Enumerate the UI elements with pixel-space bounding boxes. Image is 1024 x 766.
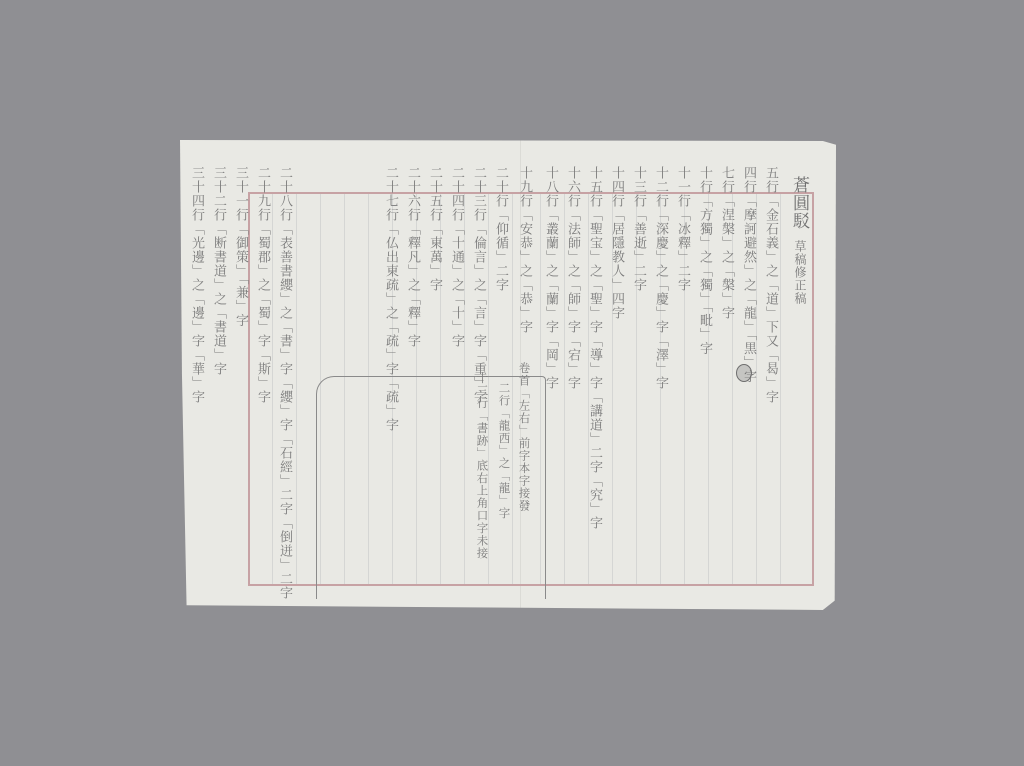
text-column: 三十二行「断書道」之「書道」字 [212, 166, 225, 376]
header-note: 草稿修正稿 [794, 240, 806, 305]
ruled-line [780, 194, 781, 584]
text-column: 二十行「仰循」二字 [494, 166, 507, 292]
text-column: 十四行「居隱教人」四字 [610, 166, 623, 320]
ruled-line [756, 194, 757, 584]
pencil-outline-box [316, 376, 546, 599]
circled-mark-icon [736, 364, 752, 382]
text-column: 二十七行「仏出東疏」之「疏」字「疏」字 [384, 166, 397, 432]
inner-note: 卷首「左右」前字本字接發 [518, 362, 530, 512]
text-column: 五行「金石義」之「道」下又「曷」字 [764, 166, 777, 404]
document-title: 蒼圓駁 [790, 176, 807, 230]
ruled-line [296, 194, 297, 584]
text-column: 三十四行「光邊」之「邊」字「華」字 [190, 166, 203, 404]
text-column: 十六行「法師」之「師」字「宕」字 [566, 166, 579, 390]
inner-note: 二行「龍西」之「龍」字 [498, 382, 510, 520]
text-column: 二十四行「十通」之「十」字 [450, 166, 463, 348]
inner-note: 十三行「書跡」底右上角口字未接 [476, 372, 488, 560]
text-column: 十五行「聖宝」之「聖」字「導」字「講道」二字「究」字 [588, 166, 601, 530]
text-column: 十三行「善逝」二字 [632, 166, 645, 292]
manuscript-page: 蒼圓駁 草稿修正稿 五行「金石義」之「道」下又「曷」字 四行「摩訶避然」之「龍」… [180, 140, 836, 610]
text-column: 二十三行「倫言」之「言」字「重」字 [472, 166, 485, 404]
text-column: 十九行「安恭」之「恭」字 [518, 166, 531, 334]
text-column: 十二行「深慶」之「慶」字「澤」字 [654, 166, 667, 390]
text-column: 四行「摩訶避然」之「龍」「黒」字 [742, 166, 755, 384]
ruled-line [272, 194, 273, 584]
text-column: 二十九行「蜀郡」之「蜀」字「斯」字 [256, 166, 269, 404]
text-column: 十行「方獨」之「獨」「毗」字 [698, 166, 711, 356]
text-column: 十八行「叢蘭」之「蘭」字「岡」字 [544, 166, 557, 390]
text-column: 三十一行「御策」「兼」字 [234, 166, 247, 328]
text-column: 二十八行「表善書纓」之「書」字「纓」字「石經」二字「倒迸」二字「門」字「底」字 [278, 166, 291, 712]
text-column: 七行「涅槃」之「槃」字 [720, 166, 733, 320]
text-column: 十一行「冰釋」二字 [676, 166, 689, 292]
text-column: 二十五行「東萬」字 [428, 166, 441, 292]
text-column: 二十六行「釋凡」之「釋」字 [406, 166, 419, 348]
